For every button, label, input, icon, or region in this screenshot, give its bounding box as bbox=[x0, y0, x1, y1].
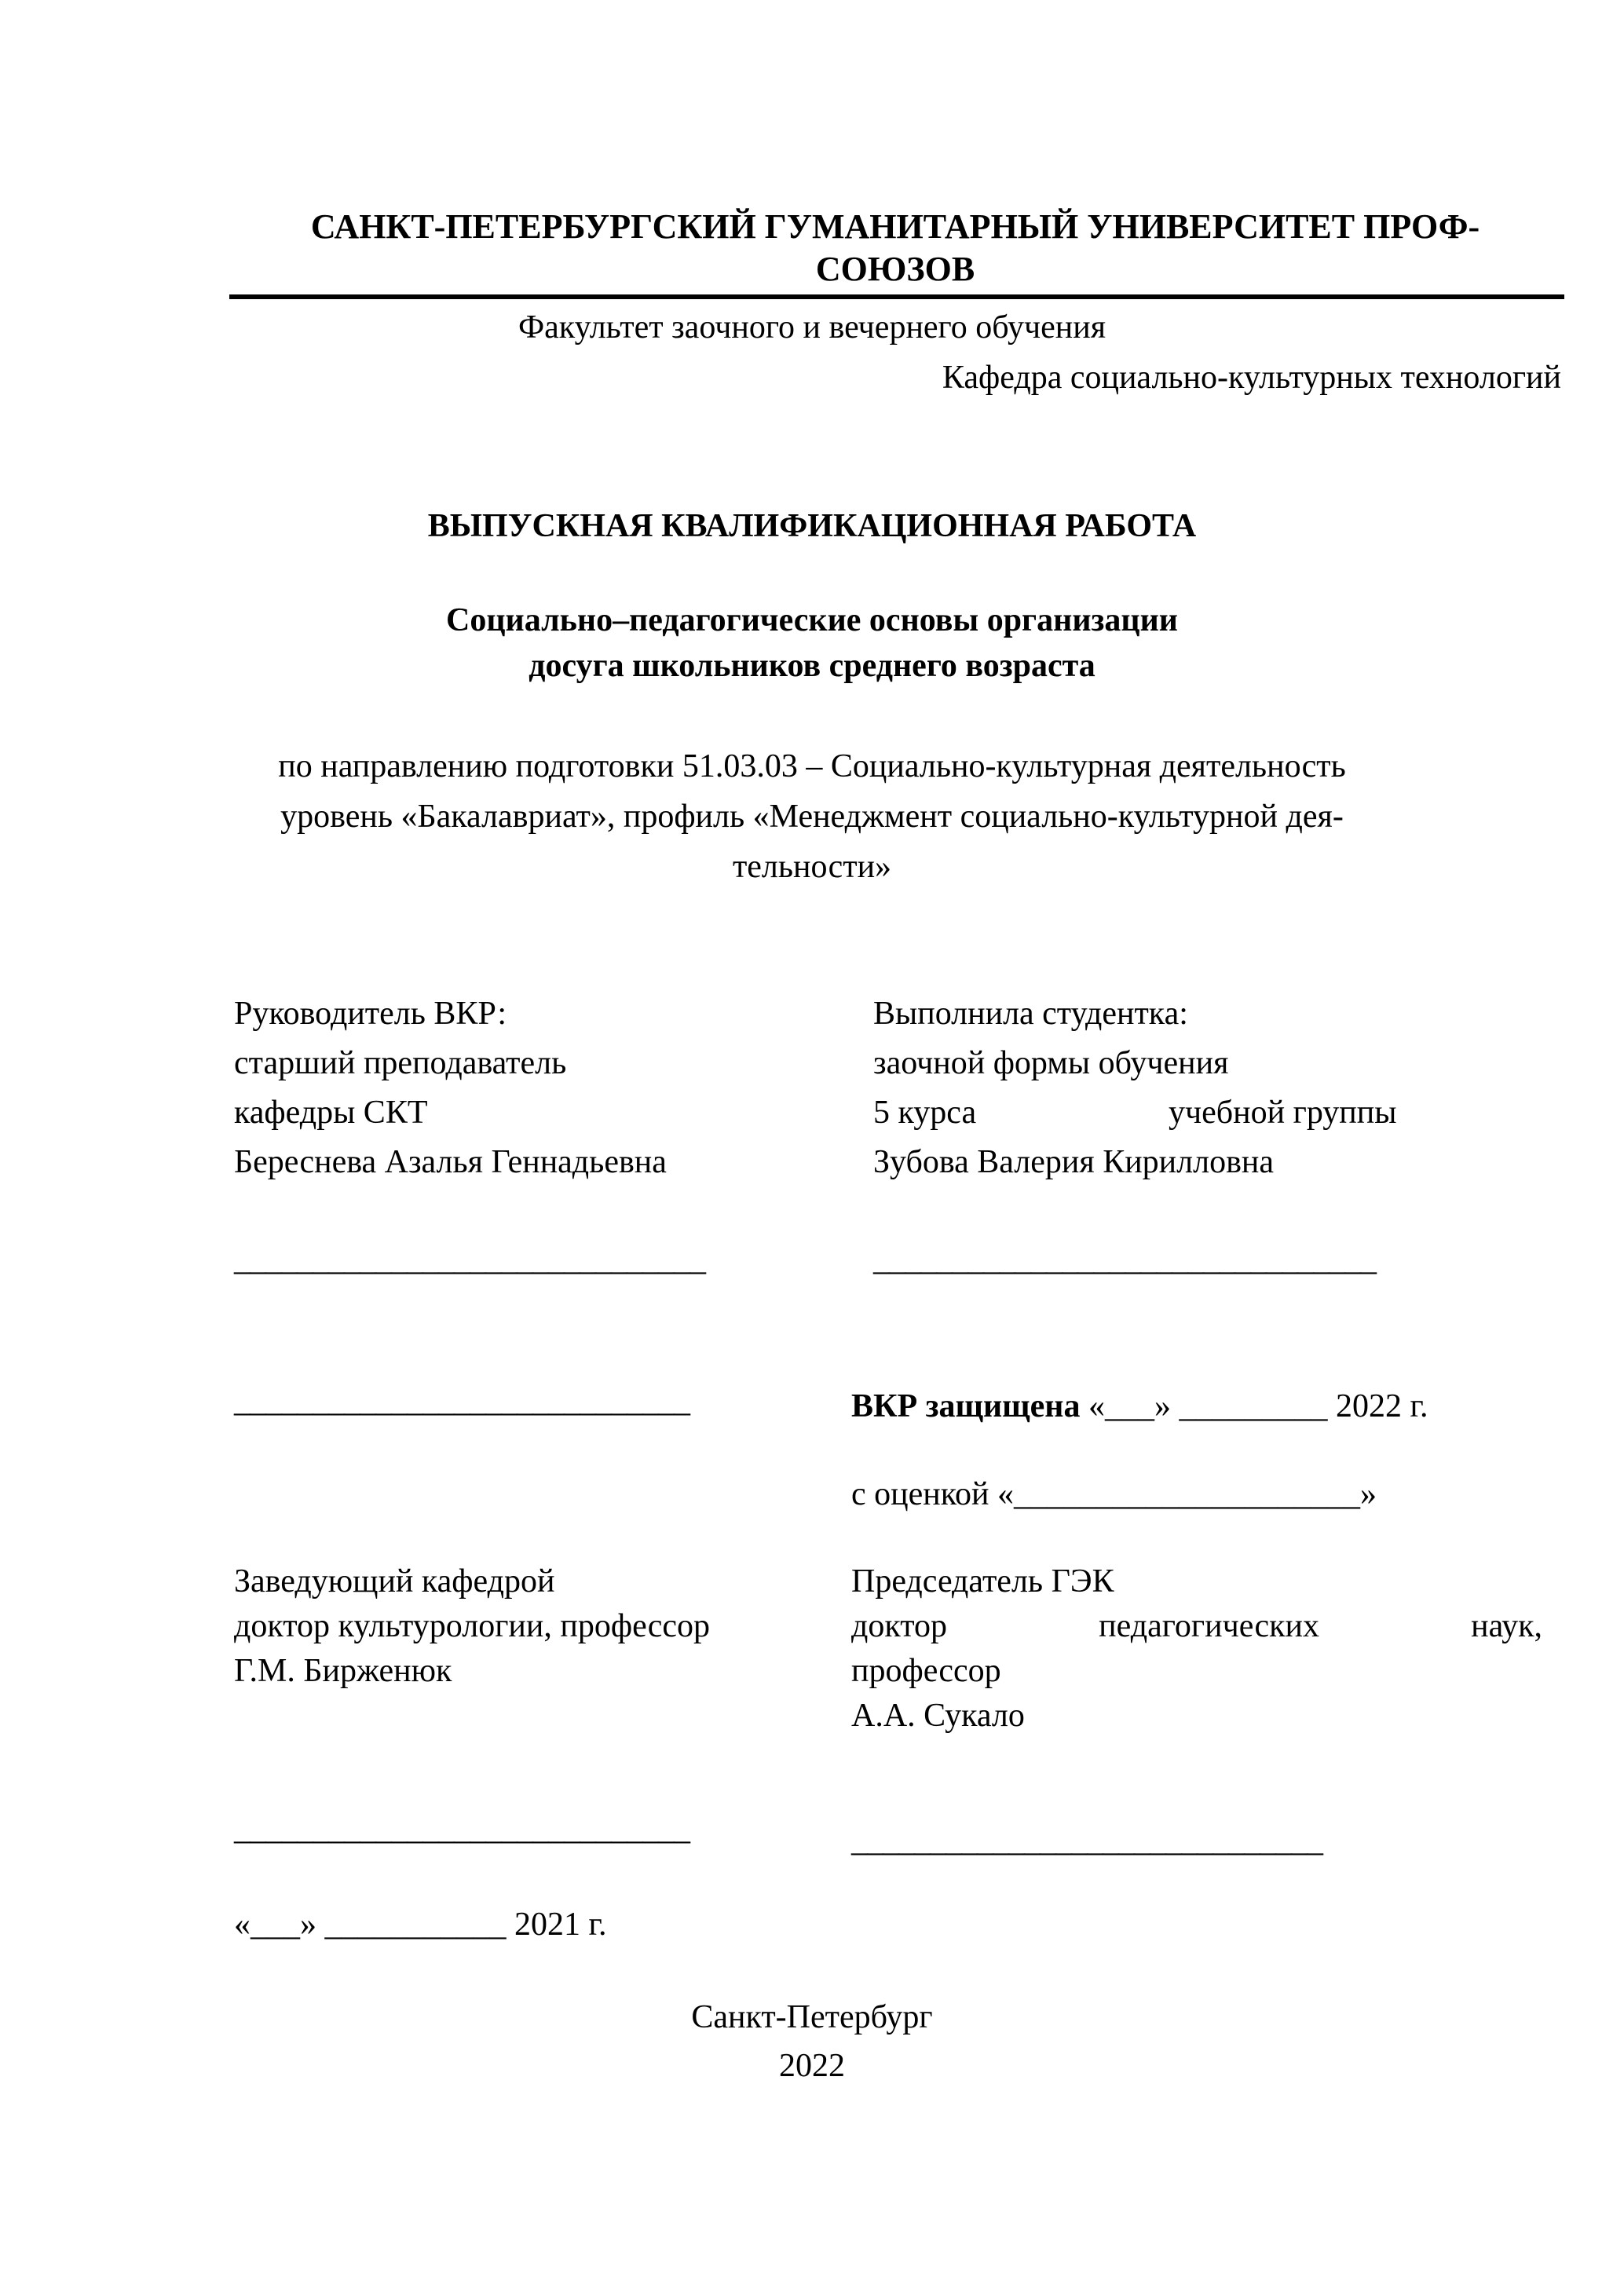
department-name: Кафедра социально-культурных технологий bbox=[942, 361, 1561, 394]
university-name: САНКТ-ПЕТЕРБУРГСКИЙ ГУМАНИТАРНЫЙ УНИВЕРС… bbox=[228, 206, 1563, 291]
header-divider bbox=[229, 294, 1564, 299]
supervisor-heading: Руководитель ВКР: bbox=[234, 997, 507, 1030]
work-topic-line2: досуга школьников среднего возраста bbox=[0, 647, 1624, 685]
gek-heading: Председатель ГЭК bbox=[851, 1565, 1114, 1598]
head-name: Г.М. Бирженюк bbox=[234, 1654, 452, 1687]
work-topic-line1: Социально–педагогические основы организа… bbox=[0, 601, 1624, 639]
gek-title-word: наук, bbox=[1471, 1610, 1542, 1643]
supervisor-position: старший преподаватель bbox=[234, 1047, 566, 1080]
university-name-line2: СОЮЗОВ bbox=[228, 248, 1563, 291]
approval-date: «___» ___________ 2021 г. bbox=[234, 1908, 607, 1941]
gek-title-word: педагогических bbox=[1099, 1610, 1319, 1643]
student-signature-line: ________________________________ bbox=[873, 1241, 1376, 1278]
direction-line1: по направлению подготовки 51.03.03 – Соц… bbox=[0, 750, 1624, 783]
head-signature-line: _____________________________ bbox=[234, 1810, 689, 1848]
supervisor-name: Береснева Азалья Геннадьевна bbox=[234, 1146, 667, 1179]
direction-line2: уровень «Бакалавриат», профиль «Менеджме… bbox=[0, 800, 1624, 833]
defense-status: ВКР защищена «___» _________ 2022 г. bbox=[851, 1390, 1428, 1423]
head-heading: Заведующий кафедрой bbox=[234, 1565, 554, 1598]
student-form: заочной формы обучения bbox=[873, 1047, 1228, 1080]
defense-date-blank: «___» _________ 2022 г. bbox=[1080, 1388, 1428, 1424]
supervisor-department: кафедры СКТ bbox=[234, 1096, 427, 1129]
defense-label: ВКР защищена bbox=[851, 1388, 1080, 1424]
student-group: учебной группы bbox=[1169, 1096, 1396, 1129]
gek-title-word: доктор bbox=[851, 1610, 947, 1643]
defense-grade: с оценкой «_____________________» bbox=[851, 1478, 1377, 1511]
gek-signature-line: ______________________________ bbox=[851, 1822, 1322, 1859]
work-type-title: ВЫПУСКНАЯ КВАЛИФИКАЦИОННАЯ РАБОТА bbox=[0, 507, 1624, 545]
footer-city: Санкт-Петербург bbox=[0, 2001, 1624, 2034]
university-name-line1: САНКТ-ПЕТЕРБУРГСКИЙ ГУМАНИТАРНЫЙ УНИВЕРС… bbox=[228, 206, 1563, 248]
footer-year: 2022 bbox=[0, 2049, 1624, 2082]
gek-title-line1: доктор педагогических наук, bbox=[851, 1610, 1542, 1643]
student-course: 5 курса bbox=[873, 1096, 976, 1129]
student-name: Зубова Валерия Кирилловна bbox=[873, 1146, 1274, 1179]
head-title: доктор культурологии, профессор bbox=[234, 1610, 710, 1643]
gek-name: А.А. Сукало bbox=[851, 1699, 1025, 1732]
direction-line3: тельности» bbox=[0, 850, 1624, 883]
defense-left-line: _____________________________ bbox=[234, 1382, 689, 1420]
gek-title-line2: профессор bbox=[851, 1654, 1001, 1687]
supervisor-signature-line: ______________________________ bbox=[234, 1241, 705, 1278]
faculty-name: Факультет заочного и вечернего обучения bbox=[0, 311, 1624, 344]
student-heading: Выполнила студентка: bbox=[873, 997, 1188, 1030]
